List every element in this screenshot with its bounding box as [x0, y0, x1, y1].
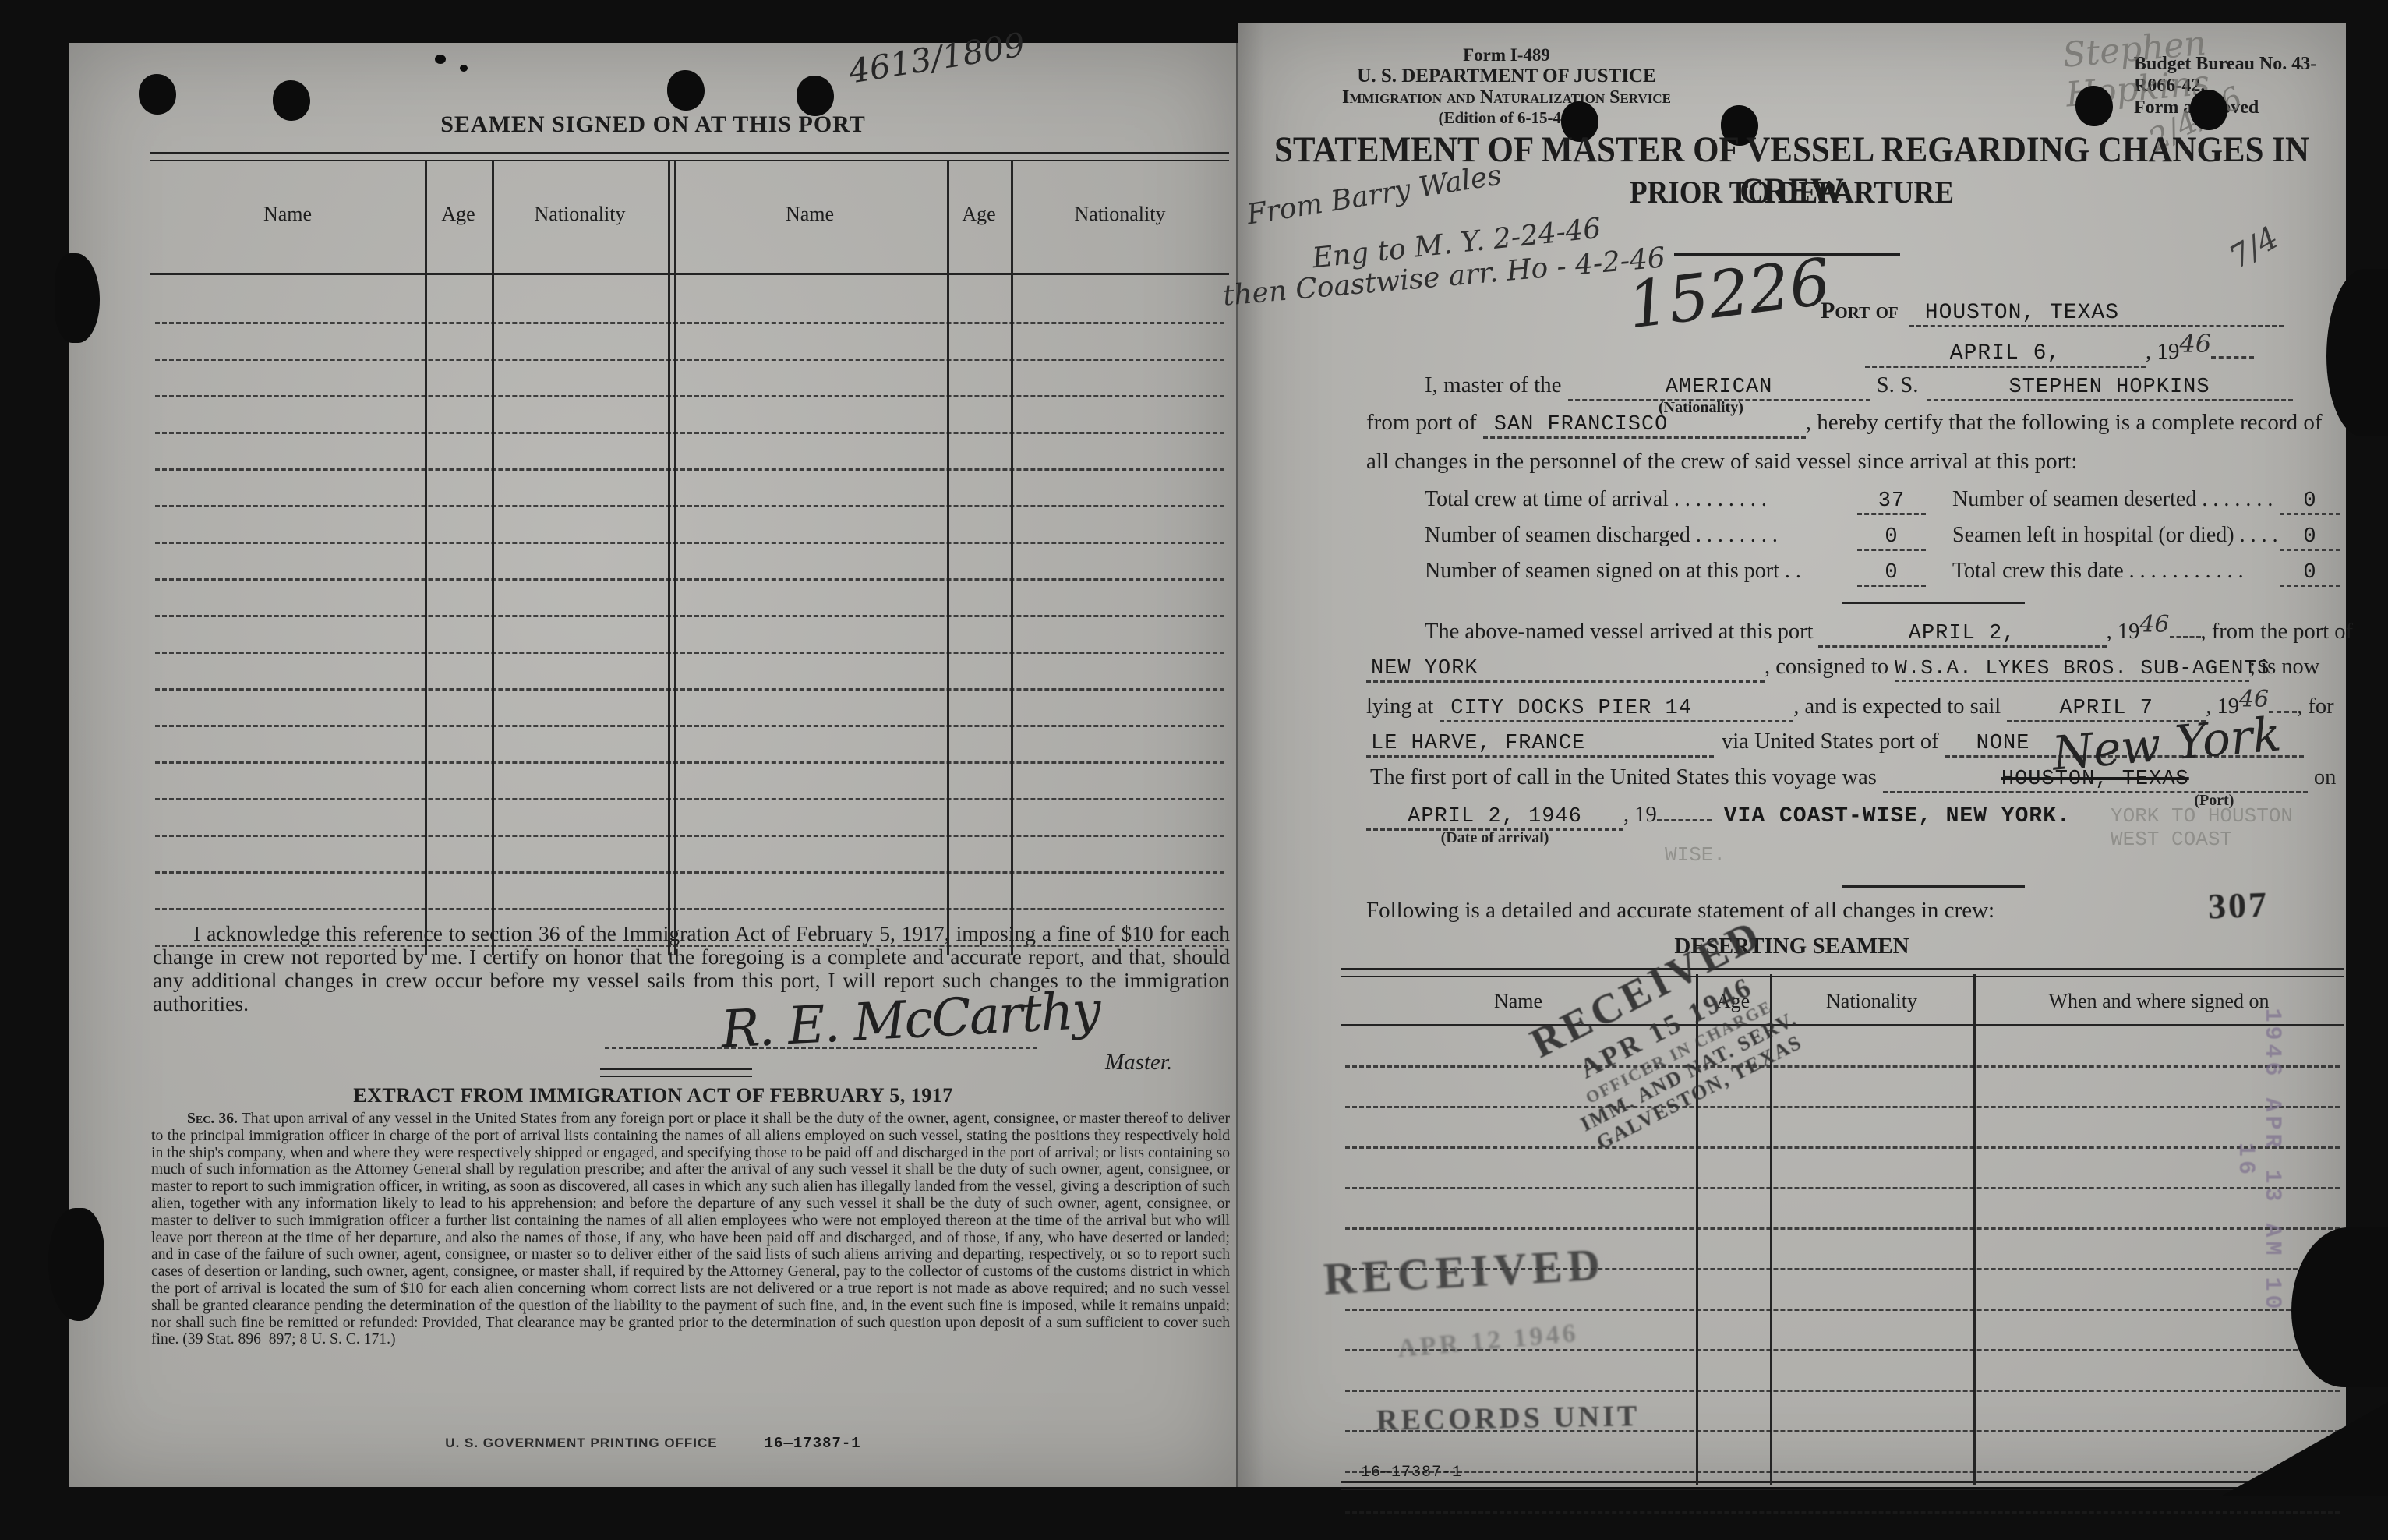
table-empty-row	[155, 395, 1224, 397]
arrival-l1a: The above-named vessel arrived at this p…	[1425, 620, 1814, 645]
table-empty-row	[1345, 1471, 2340, 1473]
table-empty-row	[155, 359, 1224, 361]
vessel-name-value: STEPHEN HOPKINS	[1927, 376, 2293, 401]
column-header-name: Name	[673, 203, 947, 226]
number-stamp: 307	[2207, 884, 2270, 927]
arrival-l3d: , for	[2297, 694, 2333, 719]
ghost-typed-line1: YORK TO HOUSTON WEST COAST	[2111, 804, 2346, 851]
page-seam	[1236, 23, 1238, 1487]
nationality-value: AMERICAN	[1568, 376, 1870, 401]
column-header-age: Age	[947, 203, 1011, 226]
table-empty-row	[155, 652, 1224, 654]
right-footer-code: 16—17387-1	[1361, 1464, 1462, 1482]
stat-value: 0	[2280, 489, 2340, 515]
table-empty-row	[155, 322, 1224, 324]
master-p1: I, master of the	[1425, 373, 1562, 398]
ss-label: S. S.	[1877, 373, 1919, 398]
table-empty-row	[155, 505, 1224, 507]
stat-value: 0	[2280, 525, 2340, 551]
table-empty-row	[155, 578, 1224, 581]
signature-line	[605, 1047, 1037, 1049]
stat-label: Number of seamen discharged . . . . . . …	[1425, 523, 1857, 548]
table-empty-row	[1345, 1106, 2340, 1108]
destination-value: LE HARVE, FRANCE	[1366, 732, 1714, 758]
ghost-typed-line2: WISE.	[1665, 843, 1726, 867]
port-of-label: Port of	[1821, 298, 1899, 324]
left-page: 4613/1809 SEAMEN SIGNED ON AT THIS PORT …	[69, 43, 1238, 1487]
table-empty-row	[1345, 1146, 2340, 1149]
column-header-nationality: Nationality	[1011, 203, 1229, 226]
column-header-age: Age	[425, 203, 492, 226]
date-of-arrival-caption: (Date of arrival)	[1441, 829, 1549, 847]
table-empty-row	[155, 542, 1224, 544]
ink-speck	[460, 65, 468, 72]
master-label: Master.	[1105, 1050, 1172, 1076]
arrival-year: 46	[2139, 611, 2169, 638]
table-empty-row	[1345, 1309, 2340, 1311]
handwritten-file-number: 4613/1809	[846, 25, 1028, 90]
master-p2: from port of	[1366, 410, 1477, 436]
scanned-document: 4613/1809 SEAMEN SIGNED ON AT THIS PORT …	[0, 0, 2388, 1540]
master-p4: all changes in the personnel of the crew…	[1366, 449, 2077, 475]
consignee-value: W.S.A. LYKES BROS. SUB-AGENTS	[1895, 656, 2249, 682]
stat-label: Seamen left in hospital (or died) . . . …	[1926, 523, 2280, 548]
table-empty-row	[1345, 1065, 2340, 1068]
extract-title: EXTRACT FROM IMMIGRATION ACT OF FEBRUARY…	[69, 1084, 1238, 1107]
column-header-name: Name	[150, 203, 425, 226]
left-table-title: SEAMEN SIGNED ON AT THIS PORT	[69, 111, 1238, 138]
column-header-signed-on: When and where signed on	[1973, 990, 2344, 1013]
from-port-of-arrival: NEW YORK	[1366, 657, 1765, 683]
arrival-l1b: , 19	[2107, 620, 2140, 645]
following-line: Following is a detailed and accurate sta…	[1366, 898, 1994, 924]
arrival-l5b: on	[2314, 765, 2337, 790]
column-header-nationality: Nationality	[492, 203, 668, 226]
table-empty-row	[155, 688, 1224, 691]
year-line	[2211, 356, 2254, 359]
divider-line	[600, 1068, 752, 1077]
table-empty-row	[155, 615, 1224, 617]
arrival-l3a: lying at	[1366, 694, 1433, 719]
section-divider	[1842, 602, 2025, 604]
year-handwritten: 46	[2180, 329, 2212, 359]
table-empty-row	[1345, 1511, 2340, 1514]
paper-tear	[48, 1208, 104, 1321]
via-coastwise-typed: VIA COAST-WISE, NEW YORK.	[1724, 804, 2071, 828]
arrival-l4a: via United States port of	[1722, 729, 1939, 754]
table-empty-row	[1345, 1187, 2340, 1189]
stat-label: Total crew at time of arrival . . . . . …	[1425, 487, 1857, 512]
arrival-l5a: The first port of call in the United Sta…	[1370, 765, 1877, 790]
table-empty-row	[155, 798, 1224, 800]
handwritten-side-mark: 7/4	[2224, 220, 2285, 276]
arrival-l3b: , and is expected to sail	[1793, 694, 2001, 719]
stat-label: Number of seamen deserted . . . . . . .	[1926, 487, 2280, 512]
stat-value: 0	[1857, 525, 1926, 551]
form-header-block: Form I-489 U. S. DEPARTMENT OF JUSTICE I…	[1339, 45, 1674, 128]
hole-punch	[139, 74, 176, 115]
service-name: Immigration and Naturalization Service	[1339, 87, 1674, 108]
seamen-signed-on-table: Name Age Nationality Name Age Nationalit…	[150, 152, 1229, 955]
table-empty-row	[1345, 1227, 2340, 1230]
ink-speck	[435, 55, 446, 64]
port-of-value: HOUSTON, TEXAS	[1909, 301, 2284, 327]
section-divider	[1842, 885, 2025, 888]
table-empty-row	[155, 761, 1224, 764]
table-empty-row	[155, 871, 1224, 874]
date-of-arrival-value: APRIL 2, 1946 (Date of arrival)	[1366, 805, 1623, 831]
edition-note: (Edition of 6-15-44)	[1339, 108, 1674, 128]
section-text: That upon arrival of any vessel in the U…	[151, 1111, 1230, 1347]
department-name: U. S. DEPARTMENT OF JUSTICE	[1339, 65, 1674, 87]
right-page: Form I-489 U. S. DEPARTMENT OF JUSTICE I…	[1238, 23, 2346, 1487]
berth-value: CITY DOCKS PIER 14	[1440, 697, 1793, 722]
form-code: 16—17387-1	[765, 1435, 861, 1452]
stat-value: 0	[2280, 561, 2340, 587]
left-footer: U. S. GOVERNMENT PRINTING OFFICE 16—1738…	[69, 1435, 1238, 1452]
extract-body: Sec. 36. That upon arrival of any vessel…	[151, 1111, 1230, 1348]
records-unit-stamp: RECORDS UNIT	[1376, 1399, 1641, 1438]
time-received-stamp: 1946 APR 13 AM 10 16	[2232, 997, 2285, 1324]
paper-tear	[55, 253, 100, 343]
stat-value: 37	[1857, 489, 1926, 515]
arrival-l2a: , consigned to	[1765, 655, 1888, 680]
table-empty-row	[155, 908, 1224, 910]
table-empty-row	[155, 725, 1224, 727]
from-port-value: SAN FRANCISCO	[1483, 413, 1806, 439]
table-empty-row	[155, 432, 1224, 434]
year-label: , 19	[2146, 339, 2180, 365]
printer-imprint: U. S. GOVERNMENT PRINTING OFFICE	[445, 1436, 717, 1451]
section-label: Sec. 36.	[187, 1111, 238, 1127]
form-number: Form I-489	[1339, 45, 1674, 65]
stat-label: Total crew this date . . . . . . . . . .…	[1926, 559, 2280, 584]
table-empty-row	[155, 835, 1224, 837]
hole-punch	[2190, 90, 2227, 130]
table-empty-row	[155, 468, 1224, 471]
hole-punch	[2075, 86, 2113, 126]
arrival-date-value: APRIL 2,	[1818, 622, 2107, 648]
stat-label: Number of seamen signed on at this port …	[1425, 559, 1857, 584]
master-p3: , hereby certify that the following is a…	[1806, 410, 2323, 436]
hole-punch	[667, 70, 705, 111]
statement-date-value: APRIL 6,	[1865, 341, 2146, 368]
table-empty-row	[1345, 1390, 2340, 1392]
stat-value: 0	[1857, 561, 1926, 587]
arrival-l6a: , 19	[1623, 803, 1657, 828]
arrival-l1c: , from the port of	[2201, 620, 2354, 645]
hole-punch	[797, 76, 834, 116]
